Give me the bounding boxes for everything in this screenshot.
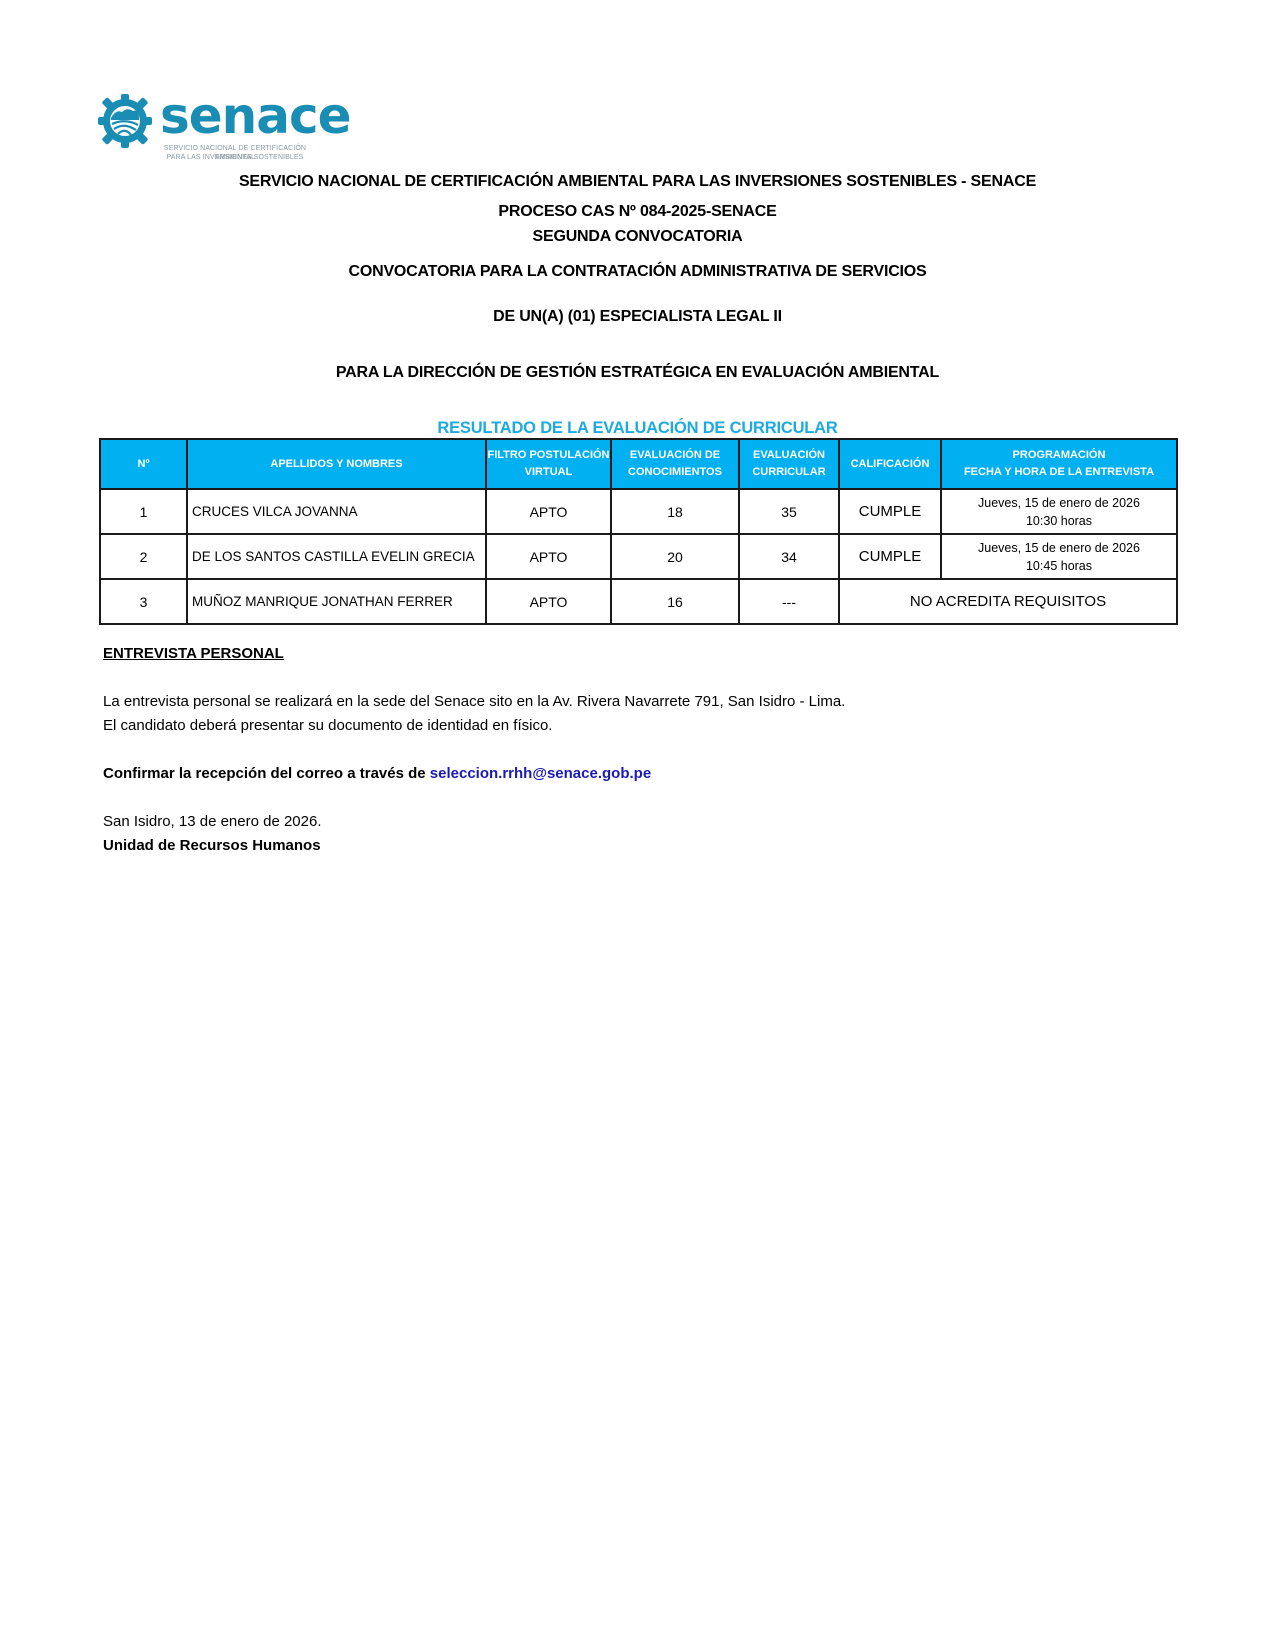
- cell-result-merged: NO ACREDITA REQUISITOS: [839, 579, 1177, 624]
- column-header-curricular: EVALUACIÓNCURRICULAR: [739, 439, 839, 489]
- results-table: Nº APELLIDOS Y NOMBRES FILTRO POSTULACIÓ…: [99, 438, 1178, 625]
- logo-wordmark: senace: [160, 86, 351, 146]
- table-header-row: Nº APELLIDOS Y NOMBRES FILTRO POSTULACIÓ…: [100, 439, 1177, 489]
- signature-unit: Unidad de Recursos Humanos: [103, 836, 321, 856]
- position-title: DE UN(A) (01) ESPECIALISTA LEGAL II: [0, 307, 1275, 327]
- confirm-prefix: Confirmar la recepción del correo a trav…: [103, 765, 430, 782]
- cell-curricular-score: 34: [739, 534, 839, 579]
- cell-name: CRUCES VILCA JOVANNA: [187, 489, 486, 534]
- column-header-qualification: CALIFICACIÓN: [839, 439, 941, 489]
- cell-number: 1: [100, 489, 187, 534]
- table-row: 1 CRUCES VILCA JOVANNA APTO 18 35 CUMPLE…: [100, 489, 1177, 534]
- institution-title: SERVICIO NACIONAL DE CERTIFICACIÓN AMBIE…: [0, 172, 1275, 192]
- email-link[interactable]: seleccion.rrhh@senace.gob.pe: [430, 765, 651, 782]
- cell-filter: APTO: [486, 534, 611, 579]
- cell-number: 2: [100, 534, 187, 579]
- interview-section-title: ENTREVISTA PERSONAL: [103, 644, 284, 664]
- results-title: RESULTADO DE LA EVALUACIÓN DE CURRICULAR: [0, 418, 1275, 438]
- column-header-filter: FILTRO POSTULACIÓNVIRTUAL: [486, 439, 611, 489]
- process-number: PROCESO CAS Nº 084-2025-SENACE: [0, 202, 1275, 222]
- cell-knowledge-score: 20: [611, 534, 739, 579]
- confirm-text: Confirmar la recepción del correo a trav…: [103, 764, 651, 784]
- column-header-schedule: PROGRAMACIÓNFECHA Y HORA DE LA ENTREVIST…: [941, 439, 1177, 489]
- senace-logo: senace Servicio Nacional de Certificació…: [98, 94, 318, 166]
- call-number: SEGUNDA CONVOCATORIA: [0, 227, 1275, 247]
- cell-number: 3: [100, 579, 187, 624]
- column-header-knowledge: EVALUACIÓN DECONOCIMIENTOS: [611, 439, 739, 489]
- cell-filter: APTO: [486, 489, 611, 534]
- cell-curricular-score: ---: [739, 579, 839, 624]
- department-title: PARA LA DIRECCIÓN DE GESTIÓN ESTRATÉGICA…: [0, 363, 1275, 383]
- table-row: 3 MUÑOZ MANRIQUE JONATHAN FERRER APTO 16…: [100, 579, 1177, 624]
- column-header-name: APELLIDOS Y NOMBRES: [187, 439, 486, 489]
- logo-subtitle-line2: para las Inversiones Sostenibles: [160, 153, 310, 162]
- call-purpose: CONVOCATORIA PARA LA CONTRATACIÓN ADMINI…: [0, 262, 1275, 282]
- cell-knowledge-score: 18: [611, 489, 739, 534]
- cell-name: DE LOS SANTOS CASTILLA EVELIN GRECIA: [187, 534, 486, 579]
- cell-qualification: CUMPLE: [839, 534, 941, 579]
- cell-qualification: CUMPLE: [839, 489, 941, 534]
- cell-knowledge-score: 16: [611, 579, 739, 624]
- cell-schedule: Jueves, 15 de enero de 202610:30 horas: [941, 489, 1177, 534]
- table-row: 2 DE LOS SANTOS CASTILLA EVELIN GRECIA A…: [100, 534, 1177, 579]
- cell-filter: APTO: [486, 579, 611, 624]
- id-document-text: El candidato deberá presentar su documen…: [103, 716, 552, 736]
- cell-name: MUÑOZ MANRIQUE JONATHAN FERRER: [187, 579, 486, 624]
- column-header-number: Nº: [100, 439, 187, 489]
- gear-landscape-icon: [98, 94, 152, 148]
- interview-location-text: La entrevista personal se realizará en l…: [103, 692, 845, 712]
- place-date: San Isidro, 13 de enero de 2026.: [103, 812, 322, 832]
- cell-schedule: Jueves, 15 de enero de 202610:45 horas: [941, 534, 1177, 579]
- cell-curricular-score: 35: [739, 489, 839, 534]
